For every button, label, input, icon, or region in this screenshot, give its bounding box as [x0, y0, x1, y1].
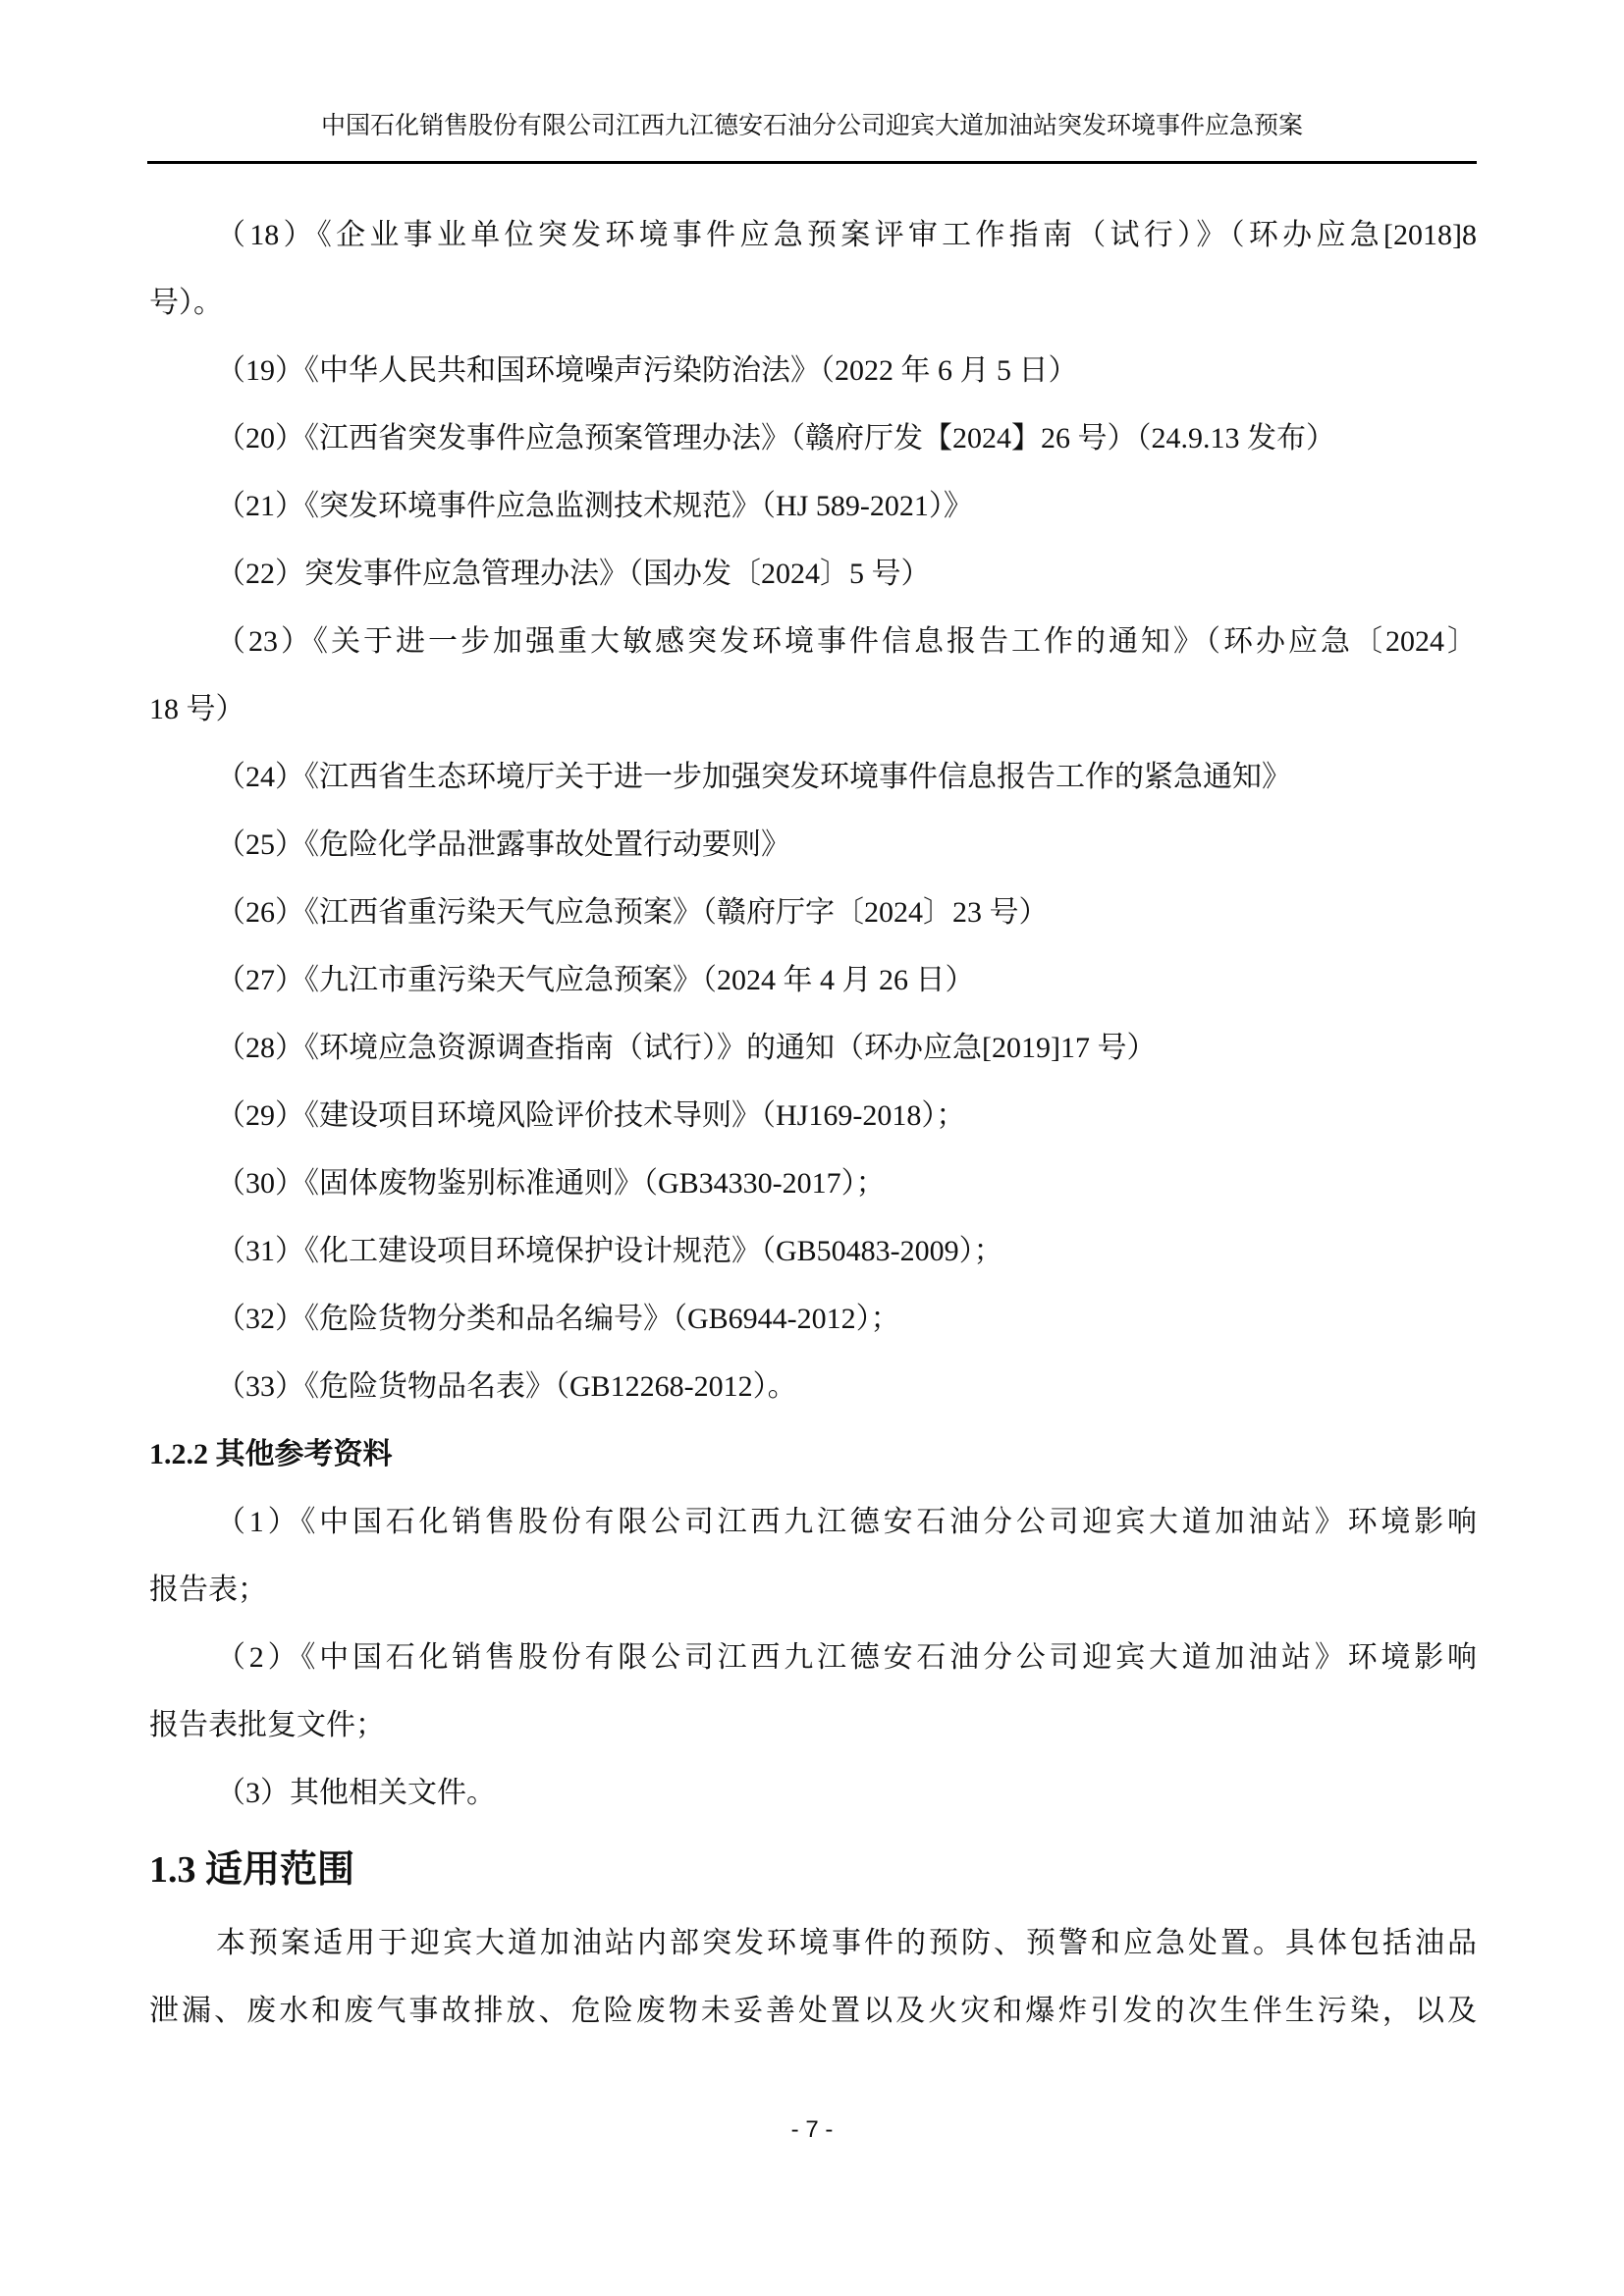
- reference-item: （30）《固体废物鉴别标准通则》（GB34330-2017）；: [149, 1149, 1477, 1217]
- reference-item-continuation: 号）。: [149, 269, 1477, 337]
- reference-item: （27）《九江市重污染天气应急预案》（2024 年 4 月 26 日）: [149, 946, 1477, 1014]
- other-reference-item-continuation: 报告表批复文件；: [149, 1691, 1477, 1759]
- document-body: （18）《企业事业单位突发环境事件应急预案评审工作指南（试行）》（环办应急[20…: [149, 201, 1477, 2045]
- other-reference-item: （2）《中国石化销售股份有限公司江西九江德安石油分公司迎宾大道加油站》环境影响: [149, 1624, 1477, 1691]
- scope-paragraph-line: 泄漏、废水和废气事故排放、危险废物未妥善处置以及火灾和爆炸引发的次生伴生污染，以…: [149, 1977, 1477, 2045]
- reference-item: （32）《危险货物分类和品名编号》（GB6944-2012）；: [149, 1285, 1477, 1353]
- header-divider: [147, 161, 1477, 164]
- reference-item: （31）《化工建设项目环境保护设计规范》（GB50483-2009）；: [149, 1217, 1477, 1285]
- reference-item: （22）突发事件应急管理办法》（国办发〔2024〕5 号）: [149, 540, 1477, 608]
- reference-item: （28）《环境应急资源调查指南（试行）》的通知（环办应急[2019]17 号）: [149, 1014, 1477, 1082]
- reference-item: （29）《建设项目环境风险评价技术导则》（HJ169-2018）；: [149, 1082, 1477, 1149]
- other-reference-item-continuation: 报告表；: [149, 1556, 1477, 1624]
- section-heading-1-3: 1.3 适用范围: [149, 1831, 1477, 1909]
- reference-item: （18）《企业事业单位突发环境事件应急预案评审工作指南（试行）》（环办应急[20…: [149, 201, 1477, 269]
- reference-item: （19）《中华人民共和国环境噪声污染防治法》（2022 年 6 月 5 日）: [149, 337, 1477, 404]
- reference-item-continuation: 18 号）: [149, 675, 1477, 743]
- other-reference-item: （1）《中国石化销售股份有限公司江西九江德安石油分公司迎宾大道加油站》环境影响: [149, 1488, 1477, 1556]
- section-heading-1-2-2: 1.2.2 其他参考资料: [149, 1420, 1477, 1488]
- reference-item: （26）《江西省重污染天气应急预案》（赣府厅字〔2024〕23 号）: [149, 879, 1477, 946]
- page-header-title: 中国石化销售股份有限公司江西九江德安石油分公司迎宾大道加油站突发环境事件应急预案: [147, 110, 1477, 143]
- reference-item: （24）《江西省生态环境厅关于进一步加强突发环境事件信息报告工作的紧急通知》: [149, 743, 1477, 811]
- reference-item: （23）《关于进一步加强重大敏感突发环境事件信息报告工作的通知》（环办应急〔20…: [149, 608, 1477, 675]
- reference-item: （33）《危险货物品名表》（GB12268-2012）。: [149, 1353, 1477, 1420]
- scope-paragraph-line: 本预案适用于迎宾大道加油站内部突发环境事件的预防、预警和应急处置。具体包括油品: [149, 1909, 1477, 1977]
- reference-item: （21）《突发环境事件应急监测技术规范》（HJ 589-2021）》: [149, 472, 1477, 540]
- other-reference-item: （3）其他相关文件。: [149, 1759, 1477, 1827]
- page-number: - 7 -: [0, 2116, 1624, 2144]
- reference-item: （25）《危险化学品泄露事故处置行动要则》: [149, 811, 1477, 879]
- reference-item: （20）《江西省突发事件应急预案管理办法》（赣府厅发【2024】26 号）（24…: [149, 404, 1477, 472]
